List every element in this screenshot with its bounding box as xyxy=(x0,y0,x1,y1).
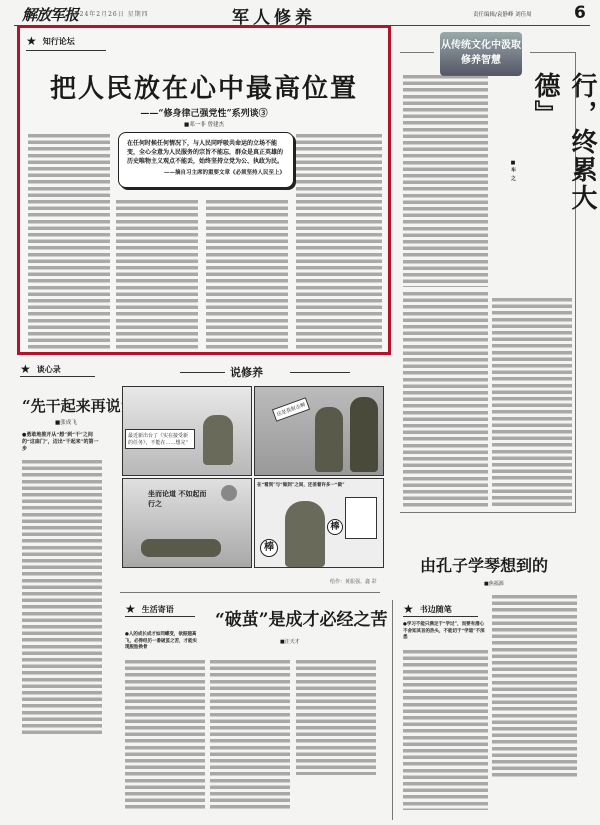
br-body-1 xyxy=(403,650,488,810)
quote-source: ——摘自习主席的重要文章《必须坚持人民至上》 xyxy=(127,168,285,176)
body-column-1 xyxy=(28,134,110,349)
caption-text: 坐而论道 不如起而行之 xyxy=(148,489,208,509)
star-icon: ★ xyxy=(20,362,31,376)
bottom-right-lead: ●学习不能只满足于“学过”，而要有潜心不舍知其旨的热头，不能切于“学道”不深悉 xyxy=(403,622,488,642)
bottom-middle-lead: ●人的成长成才如同蝶变，欲振翅高飞，必得经历一番破茧之苦，才能实现脱胎换骨 xyxy=(125,632,200,652)
comic-credit: 绘作：黄振强、鑫 彩 xyxy=(330,578,377,585)
caption-text: 在“看到”与“做到”之间，还差着许多一“做” xyxy=(257,482,352,488)
praise-badge: 棒 xyxy=(260,539,278,557)
praise-badge: 棒 xyxy=(327,519,343,535)
left-article-byline: ■张成飞 xyxy=(55,418,77,426)
comic-panel-3: 坐而论道 不如起而行之 xyxy=(122,478,252,568)
column-tag-shubian: ★ 书边随笔 xyxy=(403,602,452,616)
banner-rule-left xyxy=(400,52,434,53)
speech-bubble: 这是我射击啊 xyxy=(272,397,310,422)
editor-credit: 责任编辑/袁静峰 刘佳周 xyxy=(473,10,532,18)
pull-quote: 在任何时候任何情况下，与人民同呼吸共命运的立场不能变，全心全意为人民服务的宗旨不… xyxy=(118,132,294,188)
column-tag: ★ 知行论坛 xyxy=(26,34,75,48)
column-label: 知行论坛 xyxy=(43,36,75,47)
issue-date: 2024年2月26日 星期四 xyxy=(70,9,149,18)
column-label: 谈心录 xyxy=(37,364,61,375)
column-underline xyxy=(20,376,95,377)
top-article-box: ★ 知行论坛 把人民放在心中最高位置 ——“修身律己强党性”系列谈③ ■邓一非 … xyxy=(17,25,391,355)
bottom-middle-title[interactable]: “破茧”是成才必经之苦 xyxy=(215,605,388,630)
bottom-column-divider xyxy=(392,600,393,820)
page-number: 6 xyxy=(574,3,586,23)
column-underline xyxy=(125,616,195,617)
sun-icon xyxy=(221,485,237,501)
bottom-middle-byline: ■汪天才 xyxy=(280,638,300,645)
soldier-figure xyxy=(285,501,325,567)
left-article-lead: ●勇敢地推开从“想”到“干”之间的“这扇门”，迈出“干起来”的第一步 xyxy=(22,432,102,453)
right-body-1 xyxy=(403,75,488,287)
comic-panel-4: 在“看到”与“做到”之间，还差着许多一“做” 棒 棒 xyxy=(254,478,384,568)
br-body-2 xyxy=(492,595,577,780)
comic-panel-1: 最近新出台了《实在接受新的任务》，不能在……想完” xyxy=(122,386,252,476)
comic-bottom-rule xyxy=(120,592,380,593)
body-column-2 xyxy=(116,200,198,349)
right-box-bottom xyxy=(400,512,576,513)
column-tag-shenghuo: ★ 生活寄语 xyxy=(125,602,174,616)
bm-body-3 xyxy=(296,660,376,775)
culture-banner: 从传统文化中汲取修养智慧 xyxy=(440,32,522,76)
soldier-figure xyxy=(315,407,343,472)
bottom-right-byline: ■焦福源 xyxy=(484,580,504,587)
bottom-right-title[interactable]: 由孔子学琴想到的 xyxy=(420,553,548,576)
left-article-title[interactable]: “先干起来再说” xyxy=(22,395,129,416)
column-underline xyxy=(403,616,478,617)
article-byline: ■邓一非 曾建杰 xyxy=(20,120,388,128)
column-label: 生活寄语 xyxy=(142,604,174,615)
prone-soldier xyxy=(141,539,221,557)
star-icon: ★ xyxy=(403,602,414,616)
soldier-figure xyxy=(350,397,378,472)
quote-text: 在任何时候任何情况下，与人民同呼吸共命运的立场不能变，全心全意为人民服务的宗旨不… xyxy=(127,139,285,166)
speech-bubble: 最近新出台了《实在接受新的任务》，不能在……想完” xyxy=(125,429,195,449)
banner-rule-right xyxy=(530,52,575,53)
certificate xyxy=(345,497,377,539)
body-column-4 xyxy=(296,134,382,349)
article-headline[interactable]: 把人民放在心中最高位置 xyxy=(20,68,388,105)
comic-header: 说修养 xyxy=(230,364,263,380)
left-body xyxy=(22,460,102,735)
star-icon: ★ xyxy=(26,34,37,48)
right-body-3 xyxy=(492,298,572,507)
article-subtitle: ——“修身律己强党性”系列谈③ xyxy=(20,106,388,119)
right-article-byline: ■车 之 xyxy=(510,160,517,182)
right-body-2 xyxy=(403,292,488,507)
star-icon: ★ xyxy=(125,602,136,616)
soldier-figure xyxy=(203,415,233,465)
body-column-3 xyxy=(206,200,288,349)
right-article-title[interactable]: 『不矜细行，终累大德』 xyxy=(527,72,600,232)
comic-rule-left xyxy=(180,372,225,373)
bm-body-1 xyxy=(125,660,205,810)
column-label: 书边随笔 xyxy=(420,604,452,615)
bm-body-2 xyxy=(210,660,290,810)
comic-rule-right xyxy=(290,372,350,373)
column-underline xyxy=(26,50,106,51)
column-tag-tanxin: ★ 谈心录 xyxy=(20,362,61,376)
comic-panel-2: 这是我射击啊 xyxy=(254,386,384,476)
